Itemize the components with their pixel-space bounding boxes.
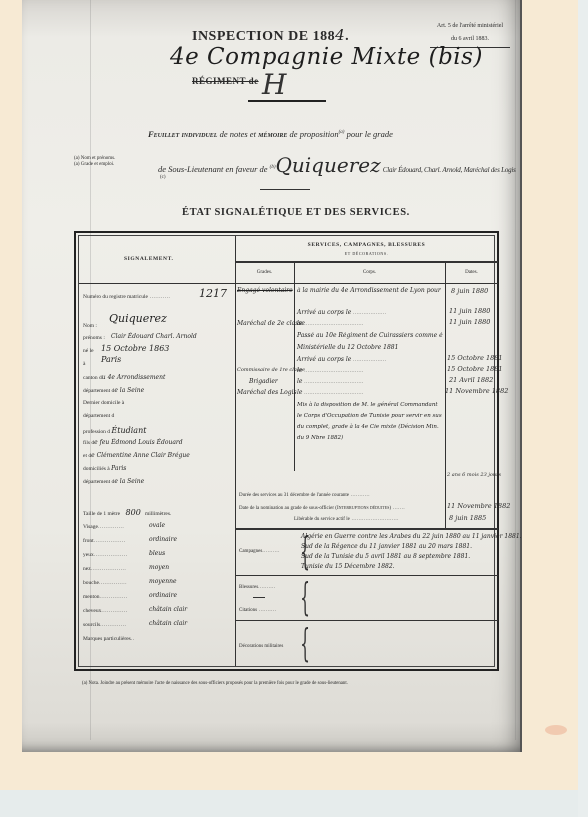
canton-label: canton d	[83, 375, 102, 381]
fils-value: e feu Édmond Louis Édouard	[94, 439, 183, 446]
feuillet-text-5: pour le grade	[344, 129, 392, 139]
feature-nez: nez...................	[83, 566, 126, 572]
document-sheet: INSPECTION DE 1884. Art. 5 de l'arrêté m…	[22, 0, 522, 752]
col-header-dates: Dates.	[445, 270, 498, 275]
feuillet-line: Feuillet individuel de notes et mémoire …	[148, 129, 393, 139]
dept-field: département de la Seine	[83, 387, 144, 394]
feature-label: nez	[83, 566, 91, 572]
col-header-corps: Corps.	[294, 270, 445, 275]
duree-field: Durée des services au 31 décembre de l'a…	[239, 493, 370, 498]
feature-front: front.................	[83, 538, 126, 544]
feature-nez-value: moyen	[149, 564, 169, 571]
profession-value: Étudiant	[111, 426, 146, 435]
taille-field: Taille de 1 mètre 800 millimètres.	[83, 508, 171, 517]
marques-field: Marques particulières..	[83, 636, 135, 642]
canton-field: canton du 4e Arrondissement	[83, 374, 165, 381]
rule-decorations-top	[235, 620, 498, 621]
mere-field: et de Clémentine Anne Clair Brégue	[83, 452, 190, 459]
domicilies-field: domiciliés à Paris	[83, 465, 126, 472]
fold-line-right	[515, 0, 516, 740]
campagnes-field: Campagnes..........	[239, 549, 280, 554]
service-corps-0: à la mairie du 4e Arrondissement de Lyon…	[297, 287, 443, 294]
feature-label: yeux	[83, 552, 94, 558]
blessures-brace: {	[300, 578, 310, 616]
marques-label: Marques particulières	[83, 636, 131, 642]
registre-value: 1217	[199, 287, 227, 300]
service-date-1: 11 juin 1880	[449, 307, 490, 315]
citations-field: Citations ..........	[239, 608, 276, 613]
article-note: Art. 5 de l'arrêté ministériel du 6 avri…	[430, 20, 510, 46]
campagne-2: Sud de la Tunisie du 5 avril 1881 au 8 s…	[301, 553, 470, 560]
domicilies-value: Paris	[111, 465, 126, 472]
margin-note-2: (a) Grade et emploi.	[74, 162, 115, 168]
profession-label: profession d	[83, 429, 110, 435]
taille-value: 800	[126, 508, 141, 517]
nomination-label-sc: Interruptions déduites	[337, 506, 389, 511]
feature-bouche: bouche...............	[83, 580, 127, 586]
service-grade-0: Engagé volontaire	[237, 287, 293, 294]
feuillet-text-4: de proposition	[287, 129, 338, 139]
service-date-8: 11 Novembre 1882	[445, 387, 508, 395]
service-corps-1: Arrivé au corps le	[297, 309, 351, 316]
col-header-grades: Grades.	[235, 270, 294, 275]
citations-label: Citations	[239, 608, 257, 613]
service-date-7: 21 Avril 1882	[449, 376, 493, 384]
candidate-detail-hand: Clair Édouard, Charl. Arnold, Maréchal d…	[383, 166, 516, 174]
registre-field: Numéro du registre matricule ...........	[83, 294, 170, 300]
rule-header-bottom	[79, 283, 498, 284]
service-corps-3: Passé au 10e Régiment de Cuirassiers com…	[297, 332, 443, 339]
service-corps-4: Ministérielle du 12 Octobre 1881	[297, 344, 398, 351]
feature-menton-value: ordinaire	[149, 592, 177, 599]
service-row-6: le ..................................	[297, 367, 364, 374]
feuillet-text-2: de notes et	[217, 129, 258, 139]
mere-label: et d	[83, 453, 91, 459]
campagnes-label: Campagnes	[239, 549, 262, 554]
feature-label: bouche	[83, 580, 99, 586]
nom-value: Quiquerez	[109, 312, 167, 325]
dept-label: département d	[83, 388, 114, 394]
service-row-2: le ..................................	[297, 320, 364, 327]
dept-value: e la Seine	[114, 387, 144, 394]
dept2-value: e la Seine	[114, 478, 144, 485]
dept2-field: département de la Seine	[83, 478, 144, 485]
feature-sourcils: sourcils..............	[83, 622, 126, 628]
taille-label: Taille de 1 mètre	[83, 511, 120, 517]
etat-table-inner: SIGNALEMENT. SERVICES, CAMPAGNES, BLESSU…	[78, 235, 495, 667]
regiment-number-hand: H	[262, 68, 286, 101]
article-line-1: Art. 5 de l'arrêté ministériel	[430, 20, 510, 33]
rule-services-header	[235, 261, 498, 263]
registre-label: Numéro du registre matricule	[83, 294, 148, 300]
feature-sourcils-value: châtain clair	[149, 620, 187, 627]
feature-label: menton	[83, 594, 100, 600]
feature-cheveux: cheveux..............	[83, 608, 128, 614]
service-row-1: Arrivé au corps le ...................	[297, 309, 386, 316]
service-corps-5: Arrivé au corps le	[297, 356, 351, 363]
inspection-label: INSPECTION DE 188	[192, 29, 335, 44]
a-value: Paris	[101, 355, 121, 364]
blessures-label: Blessures	[239, 585, 258, 590]
blessures-field: Blessures..........	[239, 585, 276, 590]
feature-visage: Visage..............	[83, 524, 124, 530]
service-row-8: le ..................................	[297, 389, 364, 396]
scanner-bed-right	[578, 0, 588, 817]
decorations-brace: {	[300, 624, 310, 662]
service-date-5: 15 Octobre 1881	[447, 354, 503, 362]
feature-menton: menton...............	[83, 594, 128, 600]
libere-label: Libérable du service actif le	[294, 517, 350, 522]
duree-label: Durée des services au 31 décembre de l'a…	[239, 493, 349, 498]
feature-yeux-value: bleus	[149, 550, 165, 557]
header-services-2: ET DÉCORATIONS.	[235, 251, 498, 256]
nom-label: Nom :	[83, 323, 97, 329]
sous-lieutenant-line: de Sous-Lieutenant en faveur de (b)Quiqu…	[158, 153, 516, 177]
mere-value: e Clémentine Anne Clair Brégue	[91, 452, 190, 459]
memoire-text: mémoire	[258, 129, 287, 139]
service-date-0: 8 juin 1880	[451, 287, 488, 295]
feature-label: front	[83, 538, 94, 544]
sous-lt-text: de Sous-Lieutenant en faveur de	[158, 164, 270, 174]
service-corps-9: Mis à la disposition de M. le général Co…	[297, 400, 443, 444]
libere-field: Libérable du service actif le ..........…	[294, 517, 399, 522]
campagne-3: Tunisie du 15 Décembre 1882.	[301, 563, 395, 570]
section-title: ÉTAT SIGNALÉTIQUE ET DES SERVICES.	[182, 207, 410, 218]
header-services-1: SERVICES, CAMPAGNES, BLESSURES	[235, 242, 498, 248]
title-rule	[248, 100, 326, 102]
nomination-label: Date de la nomination au grade de sous-o…	[239, 506, 337, 511]
intro-rule	[260, 189, 310, 190]
blessures-dash	[253, 597, 265, 598]
fils-label: fils d	[83, 440, 94, 446]
scanner-bed-bottom	[0, 790, 588, 817]
nomination-field: Date de la nomination au grade de sous-o…	[239, 505, 405, 511]
a-label: à	[83, 361, 85, 367]
margin-notes: (a) Nom et prénoms. (a) Grade et emploi.	[74, 156, 115, 168]
service-grade-7: Brigadier	[249, 378, 278, 385]
candidate-name-hand: Quiquerez	[276, 153, 381, 177]
service-grade-8: Maréchal des Logis	[237, 389, 297, 396]
duree-value: 2 ans 6 mois 23 jours	[447, 472, 501, 478]
rule-blessures-top	[235, 575, 498, 576]
regiment-label-struck: RÉGIMENT de	[192, 76, 259, 86]
decorations-label: Décorations militaires	[239, 644, 283, 649]
ne-le-value: 15 Octobre 1863	[101, 344, 169, 353]
ref-c: (c)	[160, 175, 166, 180]
taille-unit: millimètres.	[145, 511, 171, 517]
fils-field: fils de feu Édmond Louis Édouard	[83, 439, 183, 446]
dernier-domicile-label: Dernier domicile à	[83, 400, 124, 406]
divider-dates	[445, 263, 446, 528]
compagnie-handwritten: 4e Compagnie Mixte (bis)	[170, 44, 483, 70]
feature-cheveux-value: châtain clair	[149, 606, 187, 613]
divider-signalement	[235, 236, 236, 666]
feature-front-value: ordinaire	[149, 536, 177, 543]
service-grade-2: Maréchal de 2e classe	[237, 320, 305, 327]
feature-label: sourcils	[83, 622, 100, 628]
campagne-1: Sud de la Régence du 11 janvier 1881 au …	[301, 543, 472, 550]
header-signalement: SIGNALEMENT.	[124, 256, 173, 262]
service-date-6: 15 Octobre 1881	[447, 365, 503, 373]
footnote: (a) Nota. Joindre au présent mémoire l'a…	[82, 681, 348, 686]
prenoms-label: prénoms :	[83, 335, 105, 341]
profession-field: profession d Étudiant	[83, 426, 146, 435]
nomination-value: 11 Novembre 1882	[447, 502, 510, 510]
feature-visage-value: ovale	[149, 522, 165, 529]
ne-le-label: né le	[83, 348, 94, 354]
service-row-7: le ..................................	[297, 378, 364, 385]
service-grade-6: Commissaire de 1re classe	[237, 367, 305, 373]
prenoms-value: Clair Édouard Charl. Arnold	[111, 333, 197, 340]
service-row-5: Arrivé au corps le ...................	[297, 356, 386, 363]
feature-label: Visage	[83, 524, 98, 530]
service-date-2: 11 juin 1880	[449, 318, 490, 326]
campagne-0: Algérie en Guerre contre les Arabes du 2…	[301, 533, 522, 540]
feuillet-text: Feuillet individuel	[148, 129, 217, 139]
inspection-year-hand: 4	[335, 26, 345, 44]
libere-value: 8 juin 1885	[449, 514, 486, 522]
rule-campagnes-top	[235, 528, 498, 530]
feature-bouche-value: moyenne	[149, 578, 177, 585]
inspection-title: INSPECTION DE 1884.	[192, 26, 349, 45]
paper-stain	[545, 725, 567, 735]
canton-value: u 4e Arrondissement	[102, 374, 166, 381]
domicilies-label: domiciliés à	[83, 466, 110, 472]
feature-label: cheveux	[83, 608, 101, 614]
dept2-label: département d	[83, 479, 114, 485]
feature-yeux: yeux..................	[83, 552, 127, 558]
inspection-dot: .	[345, 29, 349, 44]
etat-table: SIGNALEMENT. SERVICES, CAMPAGNES, BLESSU…	[74, 231, 499, 671]
dernier-dept-label: département d	[83, 413, 114, 419]
